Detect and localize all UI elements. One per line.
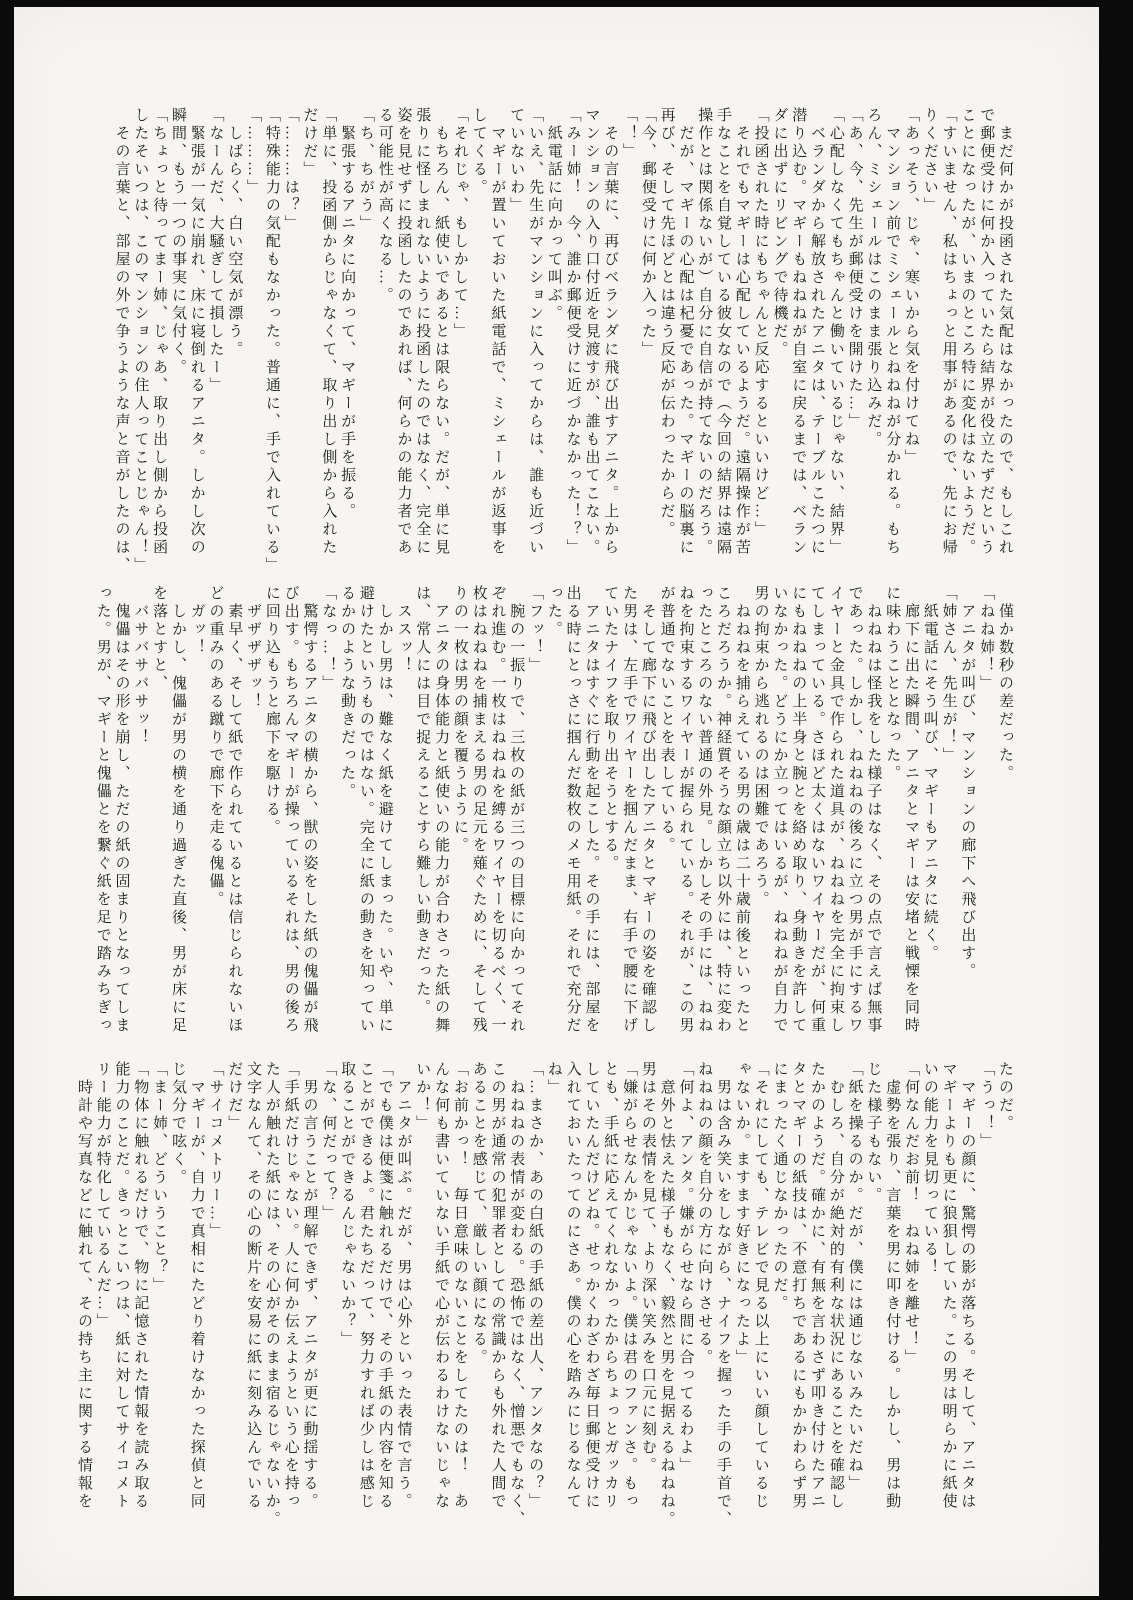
text-block-bottom: たのだ。 「うっ！」 マギーの顔に、驚愕の影が落ちる。そして、アニタは マギーよ… — [67, 1061, 1014, 1531]
text-block-top: まだ何かが投函された気配はなかったので、もしこれ で郵便受けに何か入っていたら結… — [67, 107, 1014, 577]
text-block-middle: 僅か数秒の差だった。 「ねね姉！」 アニタが叫び、マンションの廊下へ飛び出す。 … — [67, 585, 1014, 1055]
scan-black-frame: まだ何かが投函された気配はなかったので、もしこれ で郵便受けに何か入っていたら結… — [0, 0, 1133, 1600]
doujin-novel-page: まだ何かが投函された気配はなかったので、もしこれ で郵便受けに何か入っていたら結… — [14, 7, 1099, 1596]
